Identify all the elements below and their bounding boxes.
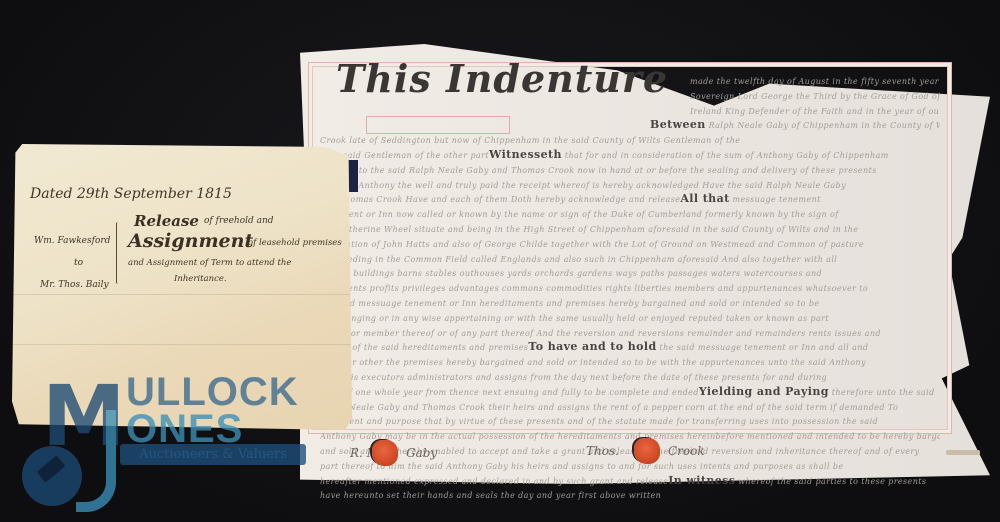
line-pre: Ireland King Defender of the Faith and i… bbox=[690, 107, 940, 116]
indenture-text-line: Ireland King Defender of the Faith and i… bbox=[320, 104, 940, 119]
logo-letter-j bbox=[76, 410, 116, 512]
indenture-text-line: the said Anthony the well and truly paid… bbox=[320, 178, 940, 193]
line-bold: Witnesseth bbox=[489, 148, 562, 161]
indenture-text-line: easements profits privileges advantages … bbox=[320, 281, 940, 296]
line-pre: singular other the premises hereby barga… bbox=[320, 358, 866, 367]
indenture-text-line: and feeding in the Common Field called E… bbox=[320, 252, 940, 267]
line-pre: Sovereign Lord George the Third by the G… bbox=[690, 92, 940, 101]
deed-party-from: Wm. Fawkesford bbox=[34, 236, 110, 246]
line-bold: All that bbox=[680, 192, 729, 205]
wax-seal-left bbox=[372, 440, 398, 466]
line-bold: Between bbox=[650, 118, 706, 131]
signature-right-initials: Thos. bbox=[586, 444, 619, 458]
indenture-text-line: made the twelfth day of August in the fi… bbox=[320, 74, 940, 89]
indenture-text-line: the intent and purpose that by virtue of… bbox=[320, 414, 940, 429]
deed-title-assignment-rest: of leasehold premises bbox=[248, 238, 342, 248]
signature-strip: R. N. Gaby Thos. Crook bbox=[350, 432, 970, 478]
line-pre: Crook late of Seddington but now of Chip… bbox=[320, 136, 740, 145]
indenture-text-line: parcel or member thereof or of any part … bbox=[320, 326, 940, 341]
line-pre: the said messuage tenement or Inn heredi… bbox=[320, 299, 819, 308]
line-pre: or belonging or in any wise appertaining… bbox=[320, 314, 829, 323]
indenture-text-line: the Catherine Wheel situate and being in… bbox=[320, 222, 940, 237]
indenture-text-line: Division to the said Ralph Neale Gaby an… bbox=[320, 163, 940, 178]
fold-line bbox=[12, 294, 352, 295]
deed-line4: Inheritance. bbox=[174, 274, 227, 284]
line-bold: Yielding and Paying bbox=[699, 385, 829, 398]
indenture-text-line: occupation of John Hatts and also of Geo… bbox=[320, 237, 940, 252]
indenture-text-line: Gaby his executors administrators and as… bbox=[320, 370, 940, 385]
line-post: that for and in consideration of the sum… bbox=[562, 151, 889, 160]
signature-right-surname: Crook bbox=[668, 444, 705, 458]
fold-line bbox=[12, 344, 352, 345]
line-pre: and Thomas Crook Have and each of them D… bbox=[320, 195, 680, 204]
wax-seal-right bbox=[634, 438, 660, 464]
deed-line3: and Assignment of Term to attend the bbox=[128, 258, 291, 268]
signature-left-surname: Gaby bbox=[406, 446, 437, 460]
indenture-text-line: Tenement or Inn now called or known by t… bbox=[320, 207, 940, 222]
indenture-text-line: have hereunto set their hands and seals … bbox=[320, 488, 940, 503]
deed-title-release-rest: of freehold and bbox=[204, 216, 274, 226]
line-pre: profits of the said hereditaments and pr… bbox=[320, 343, 528, 352]
line-pre: houses buildings barns stables outhouses… bbox=[320, 269, 822, 278]
indenture-text-line: Ralph Neale Gaby and Thomas Crook their … bbox=[320, 400, 940, 415]
auction-watermark-logo: M ULLOCK ONES Auctioneers & Valuers bbox=[16, 370, 316, 510]
line-pre: parcel or member thereof or of any part … bbox=[320, 329, 881, 338]
line-pre: Tenement or Inn now called or known by t… bbox=[320, 210, 839, 219]
indenture-text-line: Sovereign Lord George the Third by the G… bbox=[320, 89, 940, 104]
photo-background: This Indenture made the twelfth day of A… bbox=[0, 0, 1000, 522]
indenture-text-line: the said messuage tenement or Inn heredi… bbox=[320, 296, 940, 311]
indenture-text-line: houses buildings barns stables outhouses… bbox=[320, 266, 940, 281]
line-pre: the said Anthony the well and truly paid… bbox=[320, 181, 846, 190]
deed-title-release: Release bbox=[134, 212, 199, 230]
line-pre: made the twelfth day of August in the fi… bbox=[690, 77, 940, 86]
deed-dated-line: Dated 29th September 1815 bbox=[30, 186, 232, 202]
indenture-text-line: profits of the said hereditaments and pr… bbox=[320, 340, 940, 355]
indenture-document: This Indenture made the twelfth day of A… bbox=[300, 44, 990, 484]
line-post: messuage tenement bbox=[730, 195, 821, 204]
line-pre: occupation of John Hatts and also of Geo… bbox=[320, 240, 864, 249]
line-pre: and feeding in the Common Field called E… bbox=[320, 255, 837, 264]
line-pre: Gaby his executors administrators and as… bbox=[320, 373, 827, 382]
line-pre: Division to the said Ralph Neale Gaby an… bbox=[320, 166, 877, 175]
line-post: Ralph Neale Gaby of Chippenham in the Co… bbox=[706, 121, 940, 130]
line-post: the said messuage tenement or Inn and al… bbox=[657, 343, 869, 352]
line-pre: the Catherine Wheel situate and being in… bbox=[320, 225, 858, 234]
indenture-text-line: Crook late of Seddington but now of Chip… bbox=[320, 133, 940, 148]
line-pre: the intent and purpose that by virtue of… bbox=[320, 417, 878, 426]
indenture-text-line: and Thomas Crook Have and each of them D… bbox=[320, 192, 940, 207]
line-pre: Ralph Neale Gaby and Thomas Crook their … bbox=[320, 403, 898, 412]
deed-party-to-word: to bbox=[74, 258, 83, 268]
deed-party-to: Mr. Thos. Baily bbox=[40, 280, 109, 290]
line-pre: term of one whole year from thence next … bbox=[320, 388, 699, 397]
indenture-text-line: or belonging or in any wise appertaining… bbox=[320, 311, 940, 326]
line-post: therefore unto the said bbox=[829, 388, 935, 397]
deed-brace bbox=[116, 222, 121, 284]
logo-tagline: Auctioneers & Valuers bbox=[120, 444, 306, 465]
line-pre: have hereunto set their hands and seals … bbox=[320, 491, 661, 500]
deed-title-assignment: Assignment bbox=[128, 230, 253, 252]
indenture-text-line: Between Ralph Neale Gaby of Chippenham i… bbox=[320, 118, 940, 133]
indenture-text-line: term of one whole year from thence next … bbox=[320, 385, 940, 400]
indenture-text-line: aforesaid Gentleman of the other partWit… bbox=[320, 148, 940, 163]
line-pre: easements profits privileges advantages … bbox=[320, 284, 868, 293]
indenture-text-line: singular other the premises hereby barga… bbox=[320, 355, 940, 370]
line-bold: To have and to hold bbox=[528, 340, 656, 353]
